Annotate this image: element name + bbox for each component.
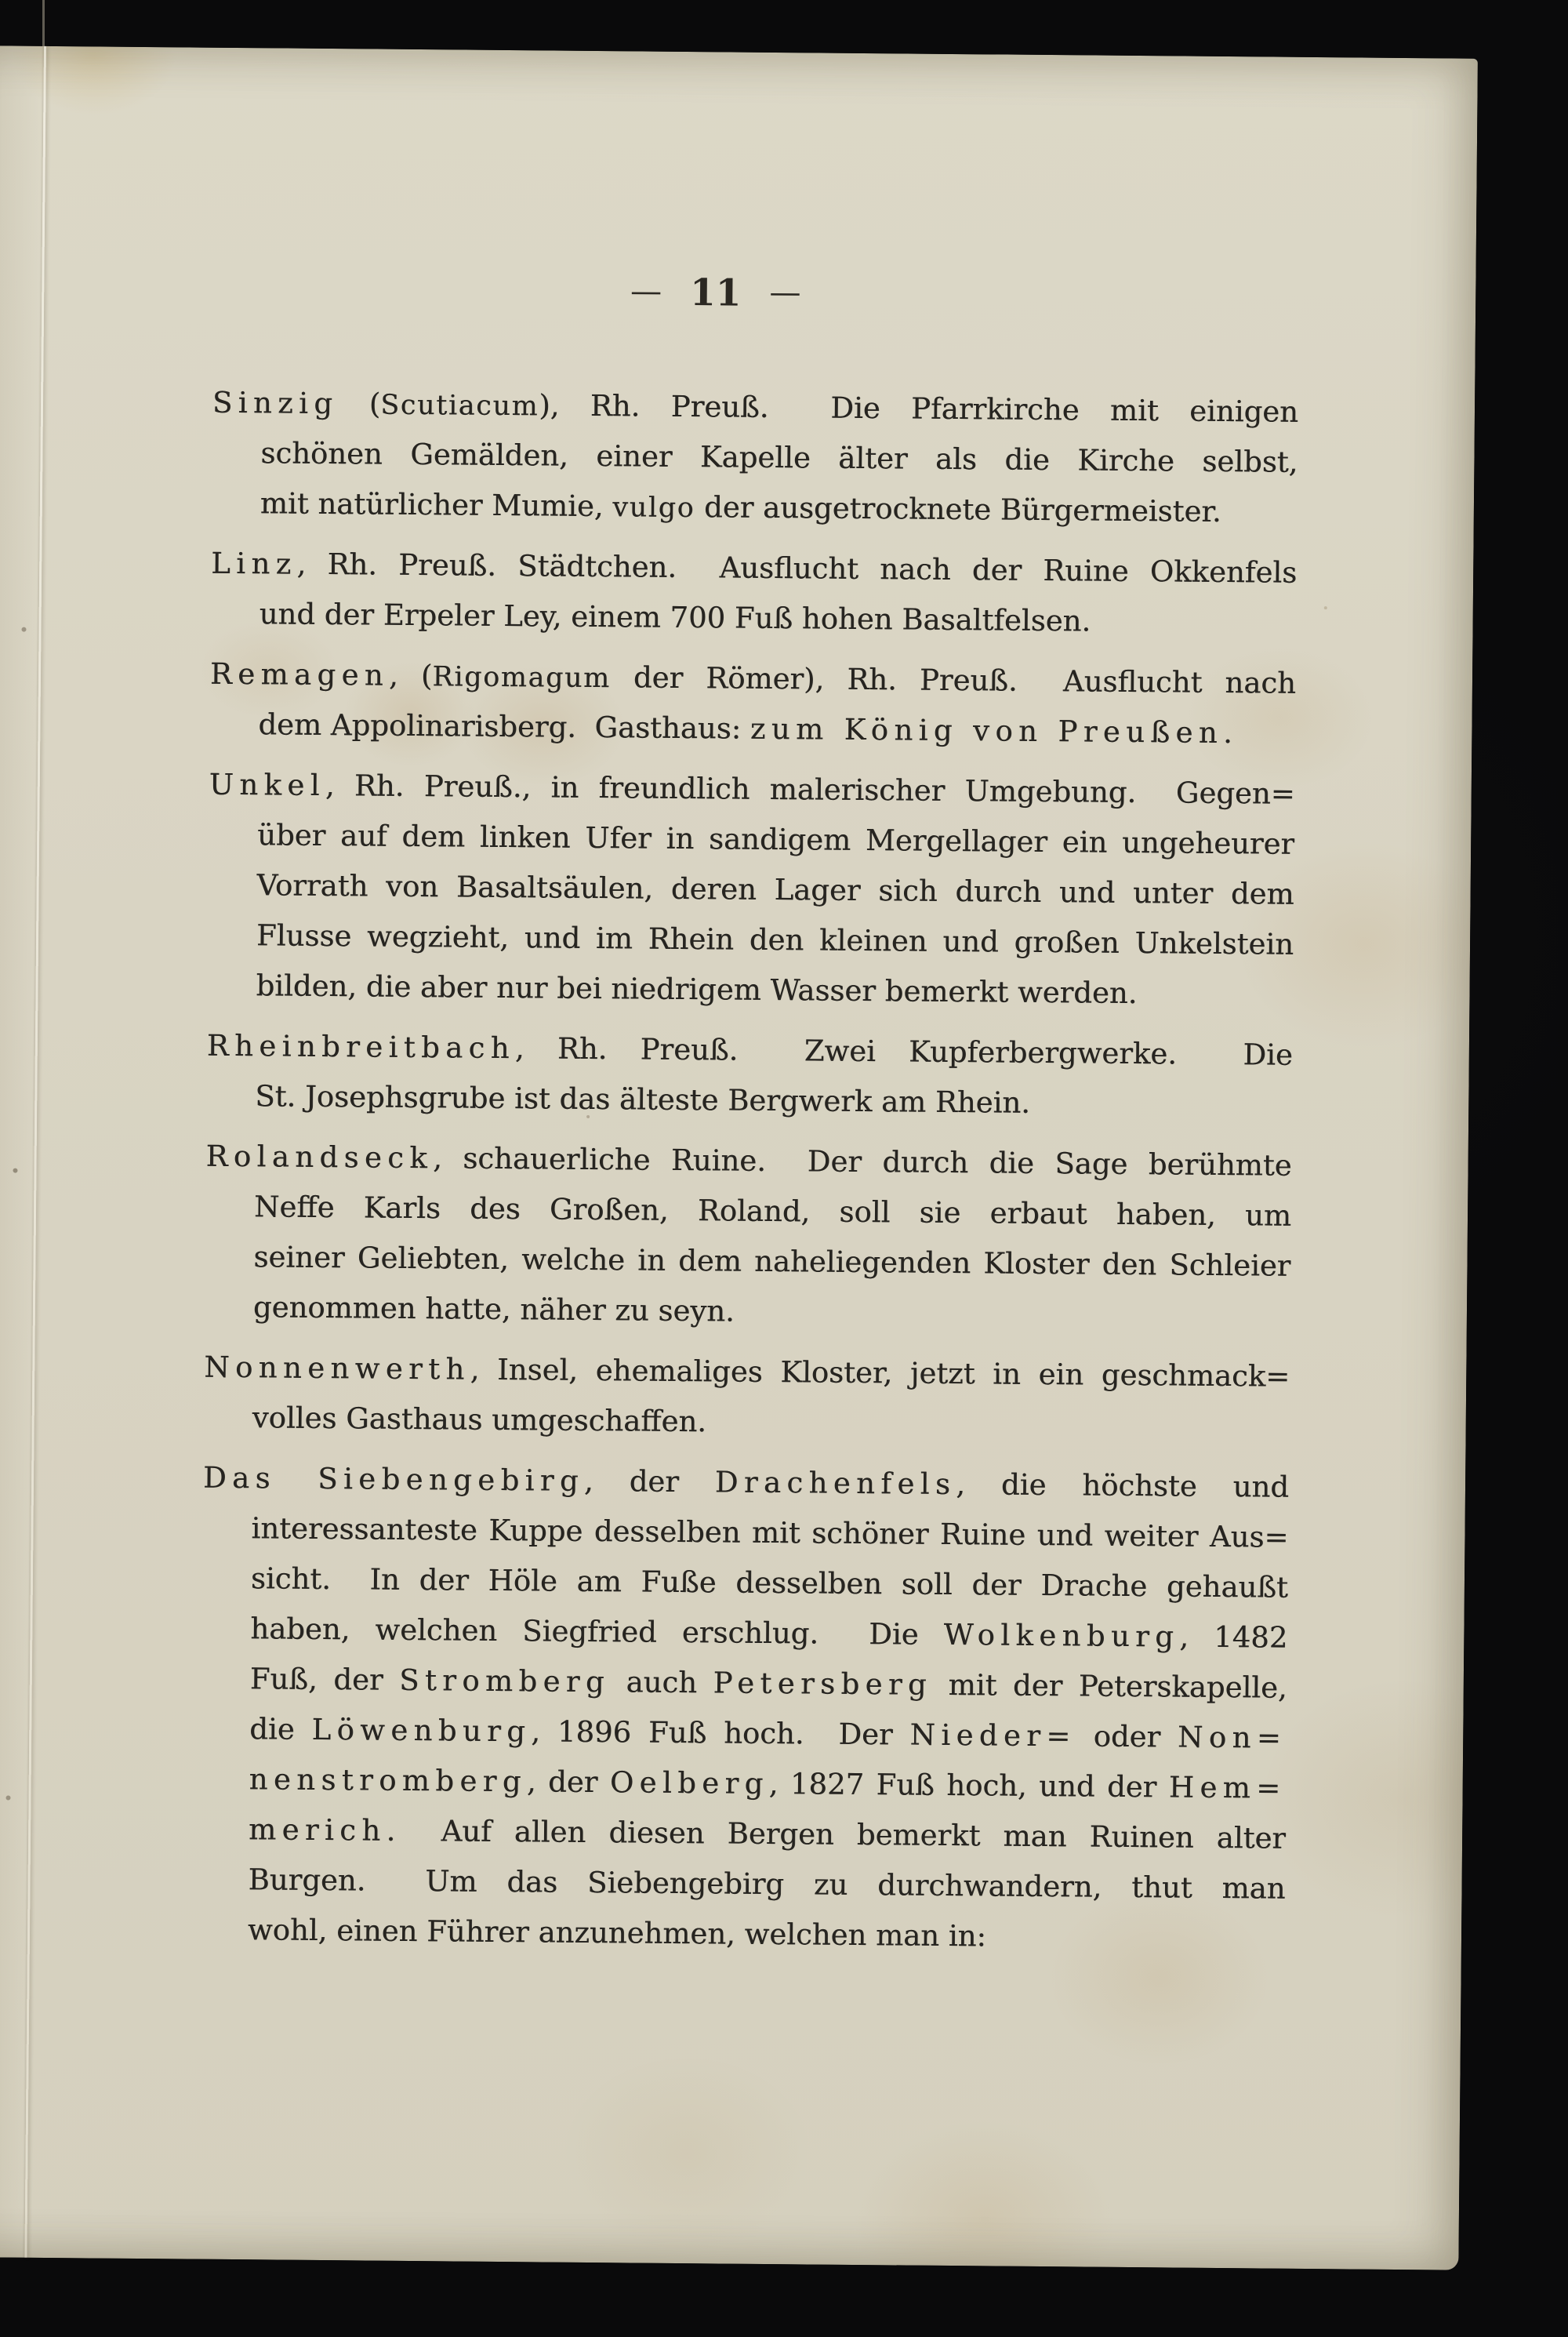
text-line: genommen hatte, näher zu seyn. (205, 1282, 1291, 1342)
entry-rheinbreitbach: Rheinbreitbach, Rh. Preuß. Zwei Kupferbe… (206, 1021, 1293, 1131)
header-dash-left: — (630, 273, 662, 309)
text-line: Fuß, der Stromberg auch Petersberg mit d… (201, 1654, 1288, 1714)
text-line: Neffe Karls des Großen, Roland, soll sie… (205, 1182, 1292, 1241)
text-line: mit natürlicher Mumie, vulgo der ausgetr… (212, 478, 1298, 538)
text-line: Linz, Rh. Preuß. Städtchen. Ausflucht na… (211, 539, 1298, 598)
page-number: 11 (690, 271, 742, 315)
text-line: Flusse wegzieht, und im Rhein den kleine… (208, 910, 1294, 970)
text-line: sicht. In der Höle am Fuße desselben sol… (202, 1554, 1289, 1613)
scan-background: —11— Sinzig (Scutiacum), Rh. Preuß. Die … (0, 0, 1568, 2337)
binding-gutter-shade (0, 45, 47, 2258)
text-line: Sinzig (Scutiacum), Rh. Preuß. Die Pfarr… (212, 378, 1299, 438)
text-line: St. Josephsgrube ist das älteste Bergwer… (206, 1071, 1293, 1131)
text-line: volles Gasthaus umgeschaffen. (203, 1393, 1290, 1452)
text-line: Rheinbreitbach, Rh. Preuß. Zwei Kupferbe… (207, 1021, 1294, 1081)
text-line: nenstromberg, der Oelberg, 1827 Fuß hoch… (200, 1754, 1287, 1814)
text-line: Remagen, (Rigomagum der Römer), Rh. Preu… (210, 649, 1297, 709)
book-page: —11— Sinzig (Scutiacum), Rh. Preuß. Die … (0, 45, 1478, 2270)
text-block: Sinzig (Scutiacum), Rh. Preuß. Die Pfarr… (199, 378, 1298, 1964)
header-dash-right: — (769, 274, 800, 311)
text-line: über auf dem linken Ufer in sandigem Mer… (209, 810, 1295, 870)
entry-remagen: Remagen, (Rigomagum der Römer), Rh. Preu… (209, 649, 1296, 759)
page-header: —11— (172, 264, 1259, 325)
entry-unkel: Unkel, Rh. Preuß., in freundlich maleris… (207, 760, 1295, 1020)
text-line: die Löwenburg, 1896 Fuß hoch. Der Nieder… (201, 1704, 1287, 1764)
entry-linz: Linz, Rh. Preuß. Städtchen. Ausflucht na… (210, 539, 1297, 649)
entry-nonnenwerth: Nonnenwerth, Insel, ehemaliges Kloster, … (203, 1343, 1290, 1452)
text-line: wohl, einen Führer anzunehmen, welchen m… (199, 1905, 1286, 1964)
text-line: Das Siebengebirg, der Drachenfels, die h… (203, 1453, 1290, 1513)
text-line: Rolandseck, schauerliche Ruine. Der durc… (205, 1132, 1292, 1191)
text-line: Nonnenwerth, Insel, ehemaliges Kloster, … (204, 1343, 1290, 1402)
entry-sinzig: Sinzig (Scutiacum), Rh. Preuß. Die Pfarr… (212, 378, 1299, 538)
text-line: merich. Auf allen diesen Bergen bemerkt … (200, 1805, 1287, 1864)
text-line: und der Erpeler Ley, einem 700 Fuß hohen… (210, 589, 1297, 649)
text-line: Burgen. Um das Siebengebirg zu durchwand… (199, 1855, 1286, 1914)
text-line: seiner Geliebten, welche in dem nahelieg… (205, 1232, 1291, 1292)
page-edge-line (42, 0, 45, 47)
entry-rolandseck: Rolandseck, schauerliche Ruine. Der durc… (205, 1132, 1292, 1342)
text-line: haben, welchen Siegfried erschlug. Die W… (201, 1604, 1288, 1663)
text-line: schönen Gemälden, einer Kapelle älter al… (212, 428, 1298, 488)
entry-siebengebirge: Das Siebengebirg, der Drachenfels, die h… (199, 1453, 1290, 1964)
text-line: Vorrath von Basaltsäulen, deren Lager si… (208, 860, 1294, 920)
text-line: Unkel, Rh. Preuß., in freundlich maleris… (209, 760, 1296, 820)
text-line: interessanteste Kuppe desselben mit schö… (202, 1503, 1289, 1563)
text-line: bilden, die aber nur bei niedrigem Wasse… (207, 961, 1294, 1020)
text-line: dem Appolinarisberg. Gasthaus: zum König… (209, 700, 1296, 759)
